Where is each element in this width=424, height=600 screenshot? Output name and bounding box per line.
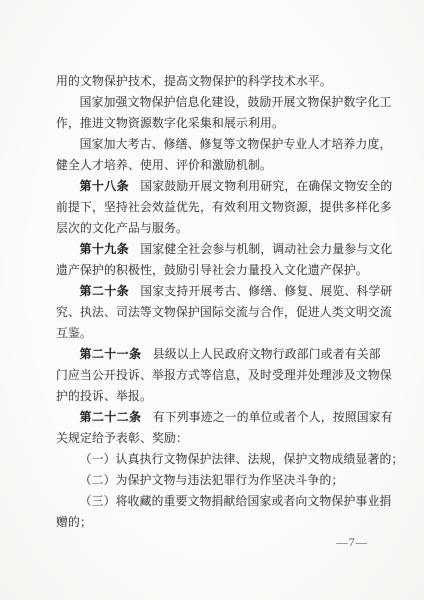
text-line: 第十九条国家健全社会参与机制，调动社会力量参与文化 <box>56 239 389 260</box>
line-text: 赠的； <box>56 515 92 529</box>
line-text: 层次的文化产品与服务。 <box>56 221 188 235</box>
text-line: 用的文物保护技术，提高文物保护的科学技术水平。 <box>56 71 389 92</box>
text-line: （二）为保护文物与违法犯罪行为作坚决斗争的； <box>56 470 389 491</box>
line-text: （一）认真执行文物保护法律、法规，保护文物成绩显著的； <box>80 452 404 466</box>
text-line: 第二十一条县级以上人民政府文物行政部门或者有关部 <box>56 344 389 365</box>
text-line: 第二十条国家支持开展考古、修缮、修复、展览、科学研 <box>56 281 389 302</box>
article-number: 第二十条 <box>80 284 130 298</box>
article-number: 第十八条 <box>80 179 130 193</box>
text-line: （一）认真执行文物保护法律、法规，保护文物成绩显著的； <box>56 449 389 470</box>
line-text: 前提下，坚持社会效益优先，有效利用文物资源，提供多样化多 <box>56 200 392 214</box>
text-line: 究、执法、司法等文物保护国际交流与合作，促进人类文明交流 <box>56 302 389 323</box>
document-page: 用的文物保护技术，提高文物保护的科学技术水平。国家加强文物保护信息化建设，鼓励开… <box>0 0 424 600</box>
line-text: 护的投诉、举报。 <box>56 389 152 403</box>
page-number: —7— <box>56 533 389 554</box>
text-line: 赠的； <box>56 512 389 533</box>
text-line: 国家加大考古、修缮、修复等文物保护专业人才培养力度， <box>56 134 389 155</box>
text-line: 第十八条国家鼓励开展文物利用研究，在确保文物安全的 <box>56 176 389 197</box>
line-text: 国家鼓励开展文物利用研究，在确保文物安全的 <box>140 179 392 193</box>
text-line: 第二十二条有下列事迹之一的单位或者个人，按照国家有 <box>56 407 389 428</box>
text-line: 互鉴。 <box>56 323 389 344</box>
line-text: 用的文物保护技术，提高文物保护的科学技术水平。 <box>56 74 332 88</box>
line-text: 国家健全社会参与机制，调动社会力量参与文化 <box>140 242 392 256</box>
text-line: （三）将收藏的重要文物捐献给国家或者向文物保护事业捐 <box>56 491 389 512</box>
line-text: 县级以上人民政府文物行政部门或者有关部 <box>153 347 381 361</box>
line-text: （三）将收藏的重要文物捐献给国家或者向文物保护事业捐 <box>80 494 392 508</box>
line-text: 国家支持开展考古、修缮、修复、展览、科学研 <box>140 284 392 298</box>
text-block: 用的文物保护技术，提高文物保护的科学技术水平。国家加强文物保护信息化建设，鼓励开… <box>56 71 389 554</box>
article-number: 第二十二条 <box>80 410 142 424</box>
text-line: 作，推进文物资源数字化采集和展示利用。 <box>56 113 389 134</box>
text-line: 健全人才培养、使用、评价和激励机制。 <box>56 155 389 176</box>
text-line: 前提下，坚持社会效益优先，有效利用文物资源，提供多样化多 <box>56 197 389 218</box>
line-text: 作，推进文物资源数字化采集和展示利用。 <box>56 116 284 130</box>
text-line: 护的投诉、举报。 <box>56 386 389 407</box>
line-text: 究、执法、司法等文物保护国际交流与合作，促进人类文明交流 <box>56 305 392 319</box>
line-text: 关规定给予表彰、奖励： <box>56 431 188 445</box>
line-text: 健全人才培养、使用、评价和激励机制。 <box>56 158 272 172</box>
line-text: 有下列事迹之一的单位或者个人，按照国家有 <box>153 410 393 424</box>
line-text: 国家加强文物保护信息化建设，鼓励开展文物保护数字化工 <box>80 95 392 109</box>
text-line: 门应当公开投诉、举报方式等信息，及时受理并处理涉及文物保 <box>56 365 389 386</box>
text-line: 国家加强文物保护信息化建设，鼓励开展文物保护数字化工 <box>56 92 389 113</box>
line-text: 国家加大考古、修缮、修复等文物保护专业人才培养力度， <box>80 137 392 151</box>
line-text: （二）为保护文物与违法犯罪行为作坚决斗争的； <box>80 473 344 487</box>
line-text: 互鉴。 <box>56 326 92 340</box>
article-number: 第二十一条 <box>80 347 142 361</box>
article-number: 第十九条 <box>80 242 130 256</box>
line-text: 遗产保护的积极性，鼓励引导社会力量投入文化遗产保护。 <box>56 263 368 277</box>
line-text: 门应当公开投诉、举报方式等信息，及时受理并处理涉及文物保 <box>56 368 392 382</box>
text-line: 层次的文化产品与服务。 <box>56 218 389 239</box>
text-line: 关规定给予表彰、奖励： <box>56 428 389 449</box>
text-line: 遗产保护的积极性，鼓励引导社会力量投入文化遗产保护。 <box>56 260 389 281</box>
